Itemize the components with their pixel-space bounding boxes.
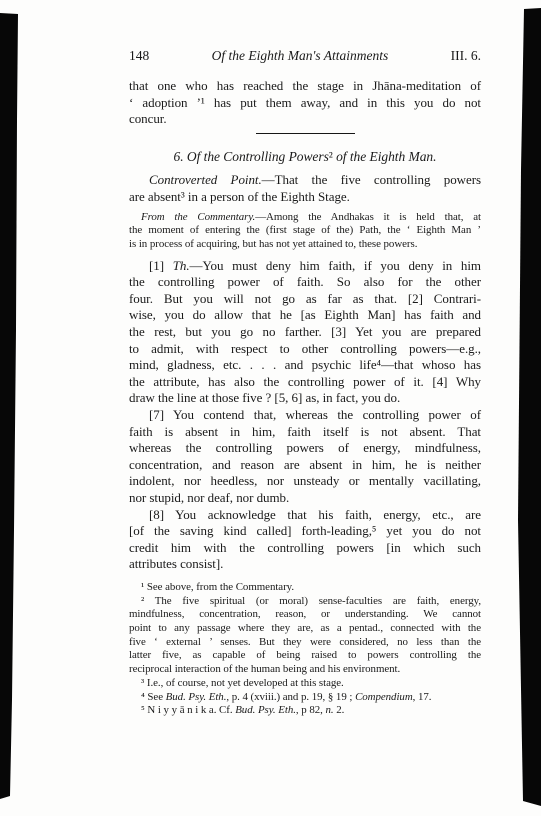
text-line: to admit, with respect to other controll… xyxy=(129,341,481,358)
scan-edge-left xyxy=(0,0,22,816)
footnote-5: ⁵ N i y y ā n i k a. Cf. Bud. Psy. Eth.,… xyxy=(129,704,481,718)
text-line: reciprocal interaction of the human bein… xyxy=(129,663,481,677)
text-line: ¹ See above, from the Commentary. xyxy=(129,581,481,595)
scan-edge-right xyxy=(517,0,541,816)
scanned-book-page: 148 Of the Eighth Man's Attainments III.… xyxy=(0,0,541,816)
text-line: is in process of acquiring, but has not … xyxy=(129,238,481,252)
section-heading: 6. Of the Controlling Powers² of the Eig… xyxy=(129,149,481,166)
text-line: ³ I.e., of course, not yet developed at … xyxy=(129,677,481,691)
text-line: the rest, but you go no farther. [3] Yet… xyxy=(129,324,481,341)
text-line: Controverted Point.—That the five contro… xyxy=(129,172,481,189)
text-line: concur. xyxy=(129,111,481,128)
text-line: faith is absent in him, faith itself is … xyxy=(129,424,481,441)
text-line: the controlling power of faith. So also … xyxy=(129,274,481,291)
text-line: ⁴ See Bud. Psy. Eth., p. 4 (xviii.) and … xyxy=(129,691,481,705)
chapter-section-ref: III. 6. xyxy=(451,48,481,64)
text-line: latter five, as capable of being raised … xyxy=(129,649,481,663)
footnote-1: ¹ See above, from the Commentary. xyxy=(129,581,481,595)
section-divider xyxy=(256,133,355,134)
dialogue-para-7: [7] You contend that, whereas the contro… xyxy=(129,407,481,507)
text-line: wise, you do allow that he [as Eighth Ma… xyxy=(129,307,481,324)
text-line: ‘ adoption ’¹ has put them away, and in … xyxy=(129,95,481,112)
intro-paragraph: that one who has reached the stage in Jh… xyxy=(129,78,481,128)
text-line: are absent³ in a person of the Eighth St… xyxy=(129,189,481,206)
text-line: the attribute, has also the controlling … xyxy=(129,374,481,391)
text-line: [7] You contend that, whereas the contro… xyxy=(129,407,481,424)
text-line: [of the saving kind called] forth-leadin… xyxy=(129,523,481,540)
text-line: five ‘ external ’ senses. But they were … xyxy=(129,636,481,650)
text-line: [8] You acknowledge that his faith, ener… xyxy=(129,507,481,524)
text-line: point to any passage where they are, as … xyxy=(129,622,481,636)
text-line: that one who has reached the stage in Jh… xyxy=(129,78,481,95)
text-line: ² The five spiritual (or moral) sense-fa… xyxy=(129,595,481,609)
text-line: From the Commentary.—Among the Andhakas … xyxy=(129,211,481,225)
text-line: credit him with the controlling powers [… xyxy=(129,540,481,557)
text-line: [1] Th.—You must deny him faith, if you … xyxy=(129,258,481,275)
page-header: 148 Of the Eighth Man's Attainments III.… xyxy=(129,48,481,64)
running-title: Of the Eighth Man's Attainments xyxy=(212,48,389,64)
text-line: whereas the controlling powers of energy… xyxy=(129,440,481,457)
text-line: attributes consist]. xyxy=(129,556,481,573)
text-line: four. But you will not go as far as that… xyxy=(129,291,481,308)
dialogue-para-8: [8] You acknowledge that his faith, ener… xyxy=(129,507,481,573)
commentary-note: From the Commentary.—Among the Andhakas … xyxy=(129,211,481,252)
text-line: 6. Of the Controlling Powers² of the Eig… xyxy=(129,149,481,166)
text-line: draw the line at those five ? [5, 6] as,… xyxy=(129,390,481,407)
text-line: indolent, nor heedless, nor unsteady or … xyxy=(129,473,481,490)
text-line: ⁵ N i y y ā n i k a. Cf. Bud. Psy. Eth.,… xyxy=(129,704,481,718)
footnote-4: ⁴ See Bud. Psy. Eth., p. 4 (xviii.) and … xyxy=(129,691,481,705)
text-line: mind, gladness, etc. . . . and psychic l… xyxy=(129,357,481,374)
page-number: 148 xyxy=(129,48,149,64)
text-line: concentration, and reason are absent in … xyxy=(129,457,481,474)
text-line: the moment of entering the (first stage … xyxy=(129,224,481,238)
page-body: that one who has reached the stage in Jh… xyxy=(129,78,481,718)
dialogue-para-1-6: [1] Th.—You must deny him faith, if you … xyxy=(129,258,481,407)
controverted-point: Controverted Point.—That the five contro… xyxy=(129,172,481,205)
text-line: mindfulness, concentration, reason, or u… xyxy=(129,608,481,622)
page-content: 148 Of the Eighth Man's Attainments III.… xyxy=(129,48,481,718)
text-line: nor stupid, nor deaf, nor dumb. xyxy=(129,490,481,507)
footnote-2: ² The five spiritual (or moral) sense-fa… xyxy=(129,595,481,677)
footnote-3: ³ I.e., of course, not yet developed at … xyxy=(129,677,481,691)
